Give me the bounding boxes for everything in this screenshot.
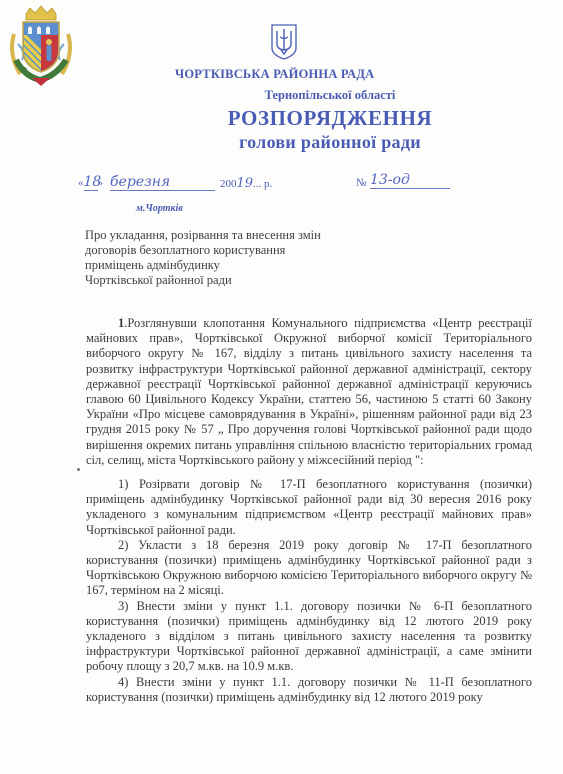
month-handwritten: березня: [110, 174, 215, 191]
document-body: 1.Розглянувши клопотання Комунального пі…: [86, 316, 532, 705]
scan-speck: [77, 468, 80, 471]
subject-line: приміщень адмінбудинку: [85, 258, 321, 273]
city-name: м.Чортків: [136, 203, 183, 214]
list-item: 2) Укласти з 18 березня 2019 року догові…: [86, 538, 532, 599]
subject-line: договорів безоплатного користування: [85, 243, 321, 258]
number-handwritten: 13-од: [370, 172, 450, 189]
year-suffix: ... р.: [253, 178, 272, 190]
year-handwritten: 19: [237, 176, 254, 191]
document-page: ЧОРТКІВСЬКА РАЙОННА РАДА Тернопільської …: [0, 0, 563, 774]
date-year: 20019... р.: [220, 176, 272, 191]
quote-close: »: [98, 177, 104, 189]
list-item: 3) Внести зміни у пункт 1.1. договору по…: [86, 599, 532, 675]
day-handwritten: 18: [84, 174, 98, 191]
oblast-name: Тернопільської області: [180, 88, 480, 103]
subject-block: Про укладання, розірвання та внесення зм…: [85, 228, 321, 288]
date-day: «18»: [78, 174, 103, 191]
number-label: №: [356, 177, 367, 189]
document-type-title: РОЗПОРЯДЖЕННЯ: [180, 106, 480, 131]
coat-of-arms-icon: [4, 4, 78, 88]
intro-text: .Розглянувши клопотання Комунального під…: [86, 316, 532, 467]
list-item: 1) Розірвати договір № 17-П безоплатного…: [86, 477, 532, 538]
subject-line: Про укладання, розірвання та внесення зм…: [85, 228, 321, 243]
issuer-subtitle: голови районної ради: [180, 132, 480, 153]
year-prefix: 200: [220, 178, 237, 190]
subject-line: Чортківської районної ради: [85, 273, 321, 288]
trident-emblem-icon: [271, 24, 297, 60]
list-item: 4) Внести зміни у пункт 1.1. договору по…: [86, 675, 532, 705]
council-name: ЧОРТКІВСЬКА РАЙОННА РАДА: [175, 67, 475, 82]
intro-paragraph: 1.Розглянувши клопотання Комунального пі…: [86, 316, 532, 468]
